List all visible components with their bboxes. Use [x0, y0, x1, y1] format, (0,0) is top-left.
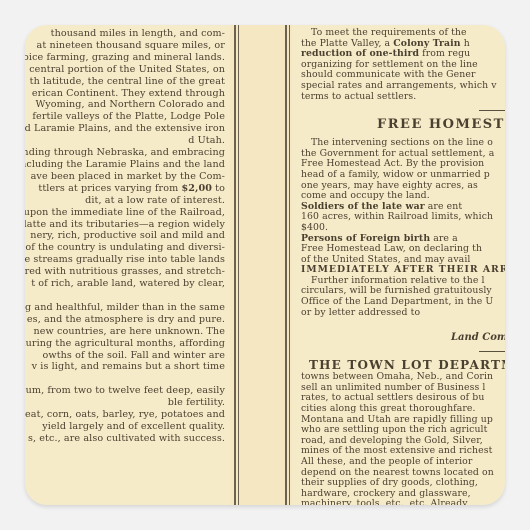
column-gutter: [230, 25, 292, 505]
text-line: yield largely and of excellent quality.: [25, 421, 225, 433]
text-line: s, etc., are also cultivated with succes…: [25, 433, 225, 445]
homestead-paragraph: The intervening sections on the line oth…: [301, 138, 505, 202]
text-line: 160 acres, within Railroad limits, which: [301, 212, 505, 223]
foreign-rest: are a: [430, 233, 458, 244]
text-line: machinery, tools, etc., etc. Already: [301, 499, 505, 505]
text-line: erican Continent. They extend through: [25, 88, 225, 100]
text-line: dit, at a low rate of interest.: [25, 195, 225, 207]
section-divider: [479, 110, 505, 111]
text-line: fertile valleys of the Platte, Lodge Pol…: [25, 111, 225, 123]
text-line: vered with nutritious grasses, and stret…: [25, 266, 225, 278]
text-line: during the agricultural months, affordin…: [25, 338, 225, 350]
right-column-text: To meet the requirements of thethe Platt…: [301, 28, 505, 505]
text-line: [25, 290, 225, 302]
left-column: thousand miles in length, and com-at nin…: [25, 25, 229, 505]
text-line: v is light, and remains but a short time: [25, 361, 225, 373]
text-line: ing and healthful, milder than in the sa…: [25, 302, 225, 314]
text-line: central portion of the United States, on: [25, 64, 225, 76]
text-line: ttlers at prices varying from $2,00 to: [25, 183, 225, 195]
soldiers-paragraph: 160 acres, within Railroad limits, which…: [301, 212, 505, 233]
text-line: ble fertility.: [25, 397, 225, 409]
column-rule: [234, 25, 236, 505]
newspaper-page: thousand miles in length, and com-at nin…: [25, 25, 505, 505]
text-line: Wyoming, and Northern Colorado and: [25, 99, 225, 111]
left-column-text: thousand miles in length, and com-at nin…: [25, 28, 225, 445]
text-line: or by letter addressed to: [301, 308, 505, 319]
text-line: ave been placed in market by the Com-: [25, 171, 225, 183]
text-line: hoice farming, grazing and mineral lands…: [25, 52, 225, 64]
soldiers-bold: Soldiers of the late war: [301, 201, 425, 212]
text-line: All these, and the people of interior: [301, 457, 505, 468]
text-line: d Utah.: [25, 135, 225, 147]
free-homestead-heading: FREE HOMESTE: [377, 117, 505, 132]
text-line: eat, corn, oats, barley, rye, potatoes a…: [25, 409, 225, 421]
text-line: th latitude, the central line of the gre…: [25, 76, 225, 88]
column-rule: [285, 25, 287, 505]
text-line: special rates and arrangements, which v: [301, 81, 505, 92]
text-line: e streams gradually rise into table land…: [25, 254, 225, 266]
foreign-bold: Persons of Foreign birth: [301, 233, 430, 244]
text-line: nery, rich, productive soil and mild and: [25, 230, 225, 242]
text-line: t of rich, arable land, watered by clear…: [25, 278, 225, 290]
text-line: es, and the atmosphere is dry and pure.: [25, 314, 225, 326]
text-line: owths of the soil. Fall and winter are: [25, 350, 225, 362]
text-line: of the country is undulating and diversi…: [25, 242, 225, 254]
text-line: new countries, are here unknown. The: [25, 326, 225, 338]
town-lot-heading: THE TOWN LOT DEPARTM: [309, 358, 505, 372]
text-line: [25, 373, 225, 385]
text-line: d Laramie Plains, and the extensive iron: [25, 123, 225, 135]
right-column: To meet the requirements of thethe Platt…: [295, 25, 505, 505]
column-rule: [289, 25, 290, 505]
further-info-paragraph: Further information relative to the lcir…: [301, 276, 505, 318]
text-line: latte and its tributaries—a region widel…: [25, 219, 225, 231]
text-line: terms to actual settlers.: [301, 92, 505, 103]
signature: Land Com: [451, 332, 505, 343]
newspaper-sticker: thousand miles in length, and com-at nin…: [25, 25, 505, 505]
text-line: including the Laramie Plains and the lan…: [25, 159, 225, 171]
section-divider: [479, 351, 505, 352]
text-line: head of a family, widow or unmarried p: [301, 170, 505, 181]
soldiers-rest: are ent: [425, 201, 462, 212]
town-lot-paragraph: towns between Omaha, Neb., and Corinsell…: [301, 372, 505, 505]
foreign-paragraph: Free Homestead Law, on declaring thof th…: [301, 244, 505, 265]
text-line: upon the immediate line of the Railroad,: [25, 207, 225, 219]
colony-train-paragraph: To meet the requirements of thethe Platt…: [301, 28, 505, 102]
text-line: at nineteen thousand square miles, or: [25, 40, 225, 52]
column-rule: [238, 25, 239, 505]
text-line: thousand miles in length, and com-: [25, 28, 225, 40]
text-line: um, from two to twelve feet deep, easily: [25, 385, 225, 397]
text-line: tending through Nebraska, and embracing: [25, 147, 225, 159]
